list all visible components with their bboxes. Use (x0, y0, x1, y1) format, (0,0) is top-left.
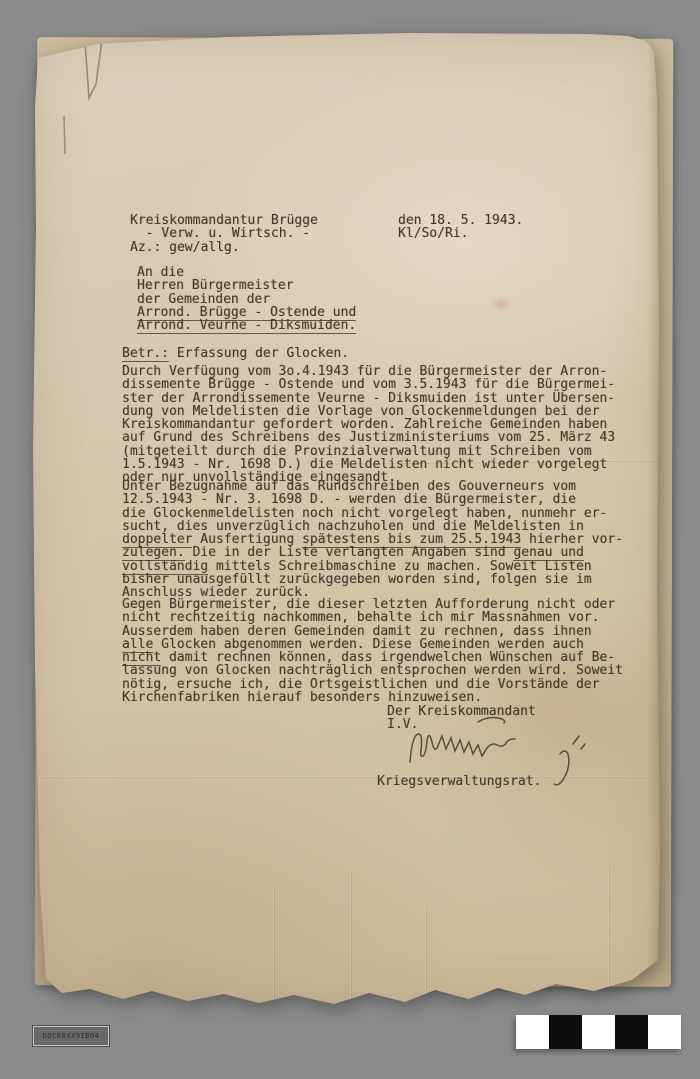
typewritten-line: Betr.: Erfassung der Glocken. (122, 347, 349, 360)
typewritten-line: bisher unausgefüllt zurückgegeben worden… (122, 573, 623, 586)
fold-crease (608, 868, 610, 998)
archive-label: DOCK0XX9IB04 (33, 1026, 109, 1046)
typewritten-line: nicht rechtzeitig nachkommen, behalte ic… (122, 611, 623, 624)
typewritten-line: doppelter Ausfertigung spätestens bis zu… (122, 533, 623, 546)
document-paper-wrap: Kreiskommandantur Brügge - Verw. u. Wirt… (28, 28, 666, 1013)
calibration-strip (516, 1015, 681, 1049)
typewritten-line: Unter Bezugnahme auf das Rundschreiben d… (122, 480, 623, 493)
typewritten-line: 12.5.1943 - Nr. 3. 1698 D. - werden die … (122, 493, 623, 506)
paperclip-imprint (58, 36, 118, 166)
signoff-role: Kriegsverwaltungsrat. (377, 775, 541, 788)
paragraph-2: Unter Bezugnahme auf das Rundschreiben d… (122, 480, 623, 600)
typewritten-line: Kreiskommandantur Brügge (130, 214, 318, 227)
letterhead-sender: Kreiskommandantur Brügge - Verw. u. Wirt… (130, 214, 318, 254)
paper-edge-shadow (648, 48, 664, 978)
typewritten-line: alle Glocken abgenommen werden. Diese Ge… (122, 638, 623, 651)
typewritten-line: Durch Verfügung vom 3o.4.1943 für die Bü… (122, 365, 615, 378)
calibration-square (516, 1015, 549, 1049)
typewritten-line: Kirchenfabriken hierauf besonders hinzuw… (122, 691, 623, 704)
typewritten-line: Kreiskommandantur gefordert worden. Zahl… (122, 418, 615, 431)
typewritten-line: dissemente Brügge - Ostende und vom 3.5.… (122, 378, 615, 391)
typewritten-line: An die (137, 266, 356, 279)
recipient-block: An dieHerren Bürgermeisterder Gemeinden … (137, 266, 356, 332)
document-paper: Kreiskommandantur Brügge - Verw. u. Wirt… (28, 28, 666, 1013)
typewritten-line: ster der Arrondissemente Veurne - Diksmu… (122, 392, 615, 405)
typewritten-line: die Glockenmeldelisten noch nicht vorgel… (122, 507, 623, 520)
calibration-square (615, 1015, 648, 1049)
typewritten-line: Gegen Bürgermeister, die dieser letzten … (122, 598, 623, 611)
typewritten-line: Herren Bürgermeister (137, 279, 356, 292)
typewritten-line: 1.5.1943 - Nr. 1698 D.) die Meldelisten … (122, 458, 615, 471)
typewritten-line: Arrond. Brügge - Ostende und (137, 306, 356, 319)
typewritten-line: Ausserdem haben deren Gemeinden damit zu… (122, 625, 623, 638)
typewritten-line: zulegen. Die in der Liste verlangten Ang… (122, 546, 623, 559)
scanned-photo-background: { "scene": { "background_color": "#8b8b8… (0, 0, 700, 1079)
calibration-square (582, 1015, 615, 1049)
typewritten-line: - Verw. u. Wirtsch. - (130, 227, 318, 240)
archive-label-text: DOCK0XX9IB04 (43, 1032, 100, 1040)
date-line: den 18. 5. 1943. (398, 214, 523, 227)
typewritten-line: dung von Meldelisten die Vorlage von Glo… (122, 405, 615, 418)
fold-crease (425, 908, 427, 1006)
date-block: den 18. 5. 1943. Kl/So/Ri. (398, 214, 523, 241)
fold-crease (273, 886, 275, 1006)
typewritten-line: Arrond. Veurne - Diksmuiden. (137, 319, 356, 332)
reference-line: Kl/So/Ri. (398, 227, 523, 240)
typewritten-line: der Gemeinden der (137, 293, 356, 306)
paragraph-3: Gegen Bürgermeister, die dieser letzten … (122, 598, 623, 704)
calibration-square (549, 1015, 582, 1049)
fold-crease (350, 873, 352, 1005)
typewritten-line: (mitgeteilt durch die Provinzialverwaltu… (122, 445, 615, 458)
paragraph-1: Durch Verfügung vom 3o.4.1943 für die Bü… (122, 365, 615, 485)
typewritten-line: vollständig mittels Schreibmaschine zu m… (122, 560, 623, 573)
typewritten-line: Az.: gew/allg. (130, 241, 318, 254)
typewritten-line: lassung von Glocken nachträglich entspro… (122, 664, 623, 677)
subject-line: Betr.: Erfassung der Glocken. (122, 347, 349, 360)
paper-stain (490, 296, 512, 312)
typewritten-line: sucht, dies unverzüglich nachzuholen und… (122, 520, 623, 533)
typewritten-line: auf Grund des Schreibens des Justizminis… (122, 431, 615, 444)
calibration-square (648, 1015, 681, 1049)
typewritten-line: nötig, ersuche ich, die Ortsgeistlichen … (122, 678, 623, 691)
typewritten-line: nicht damit rechnen können, dass irgendw… (122, 651, 623, 664)
